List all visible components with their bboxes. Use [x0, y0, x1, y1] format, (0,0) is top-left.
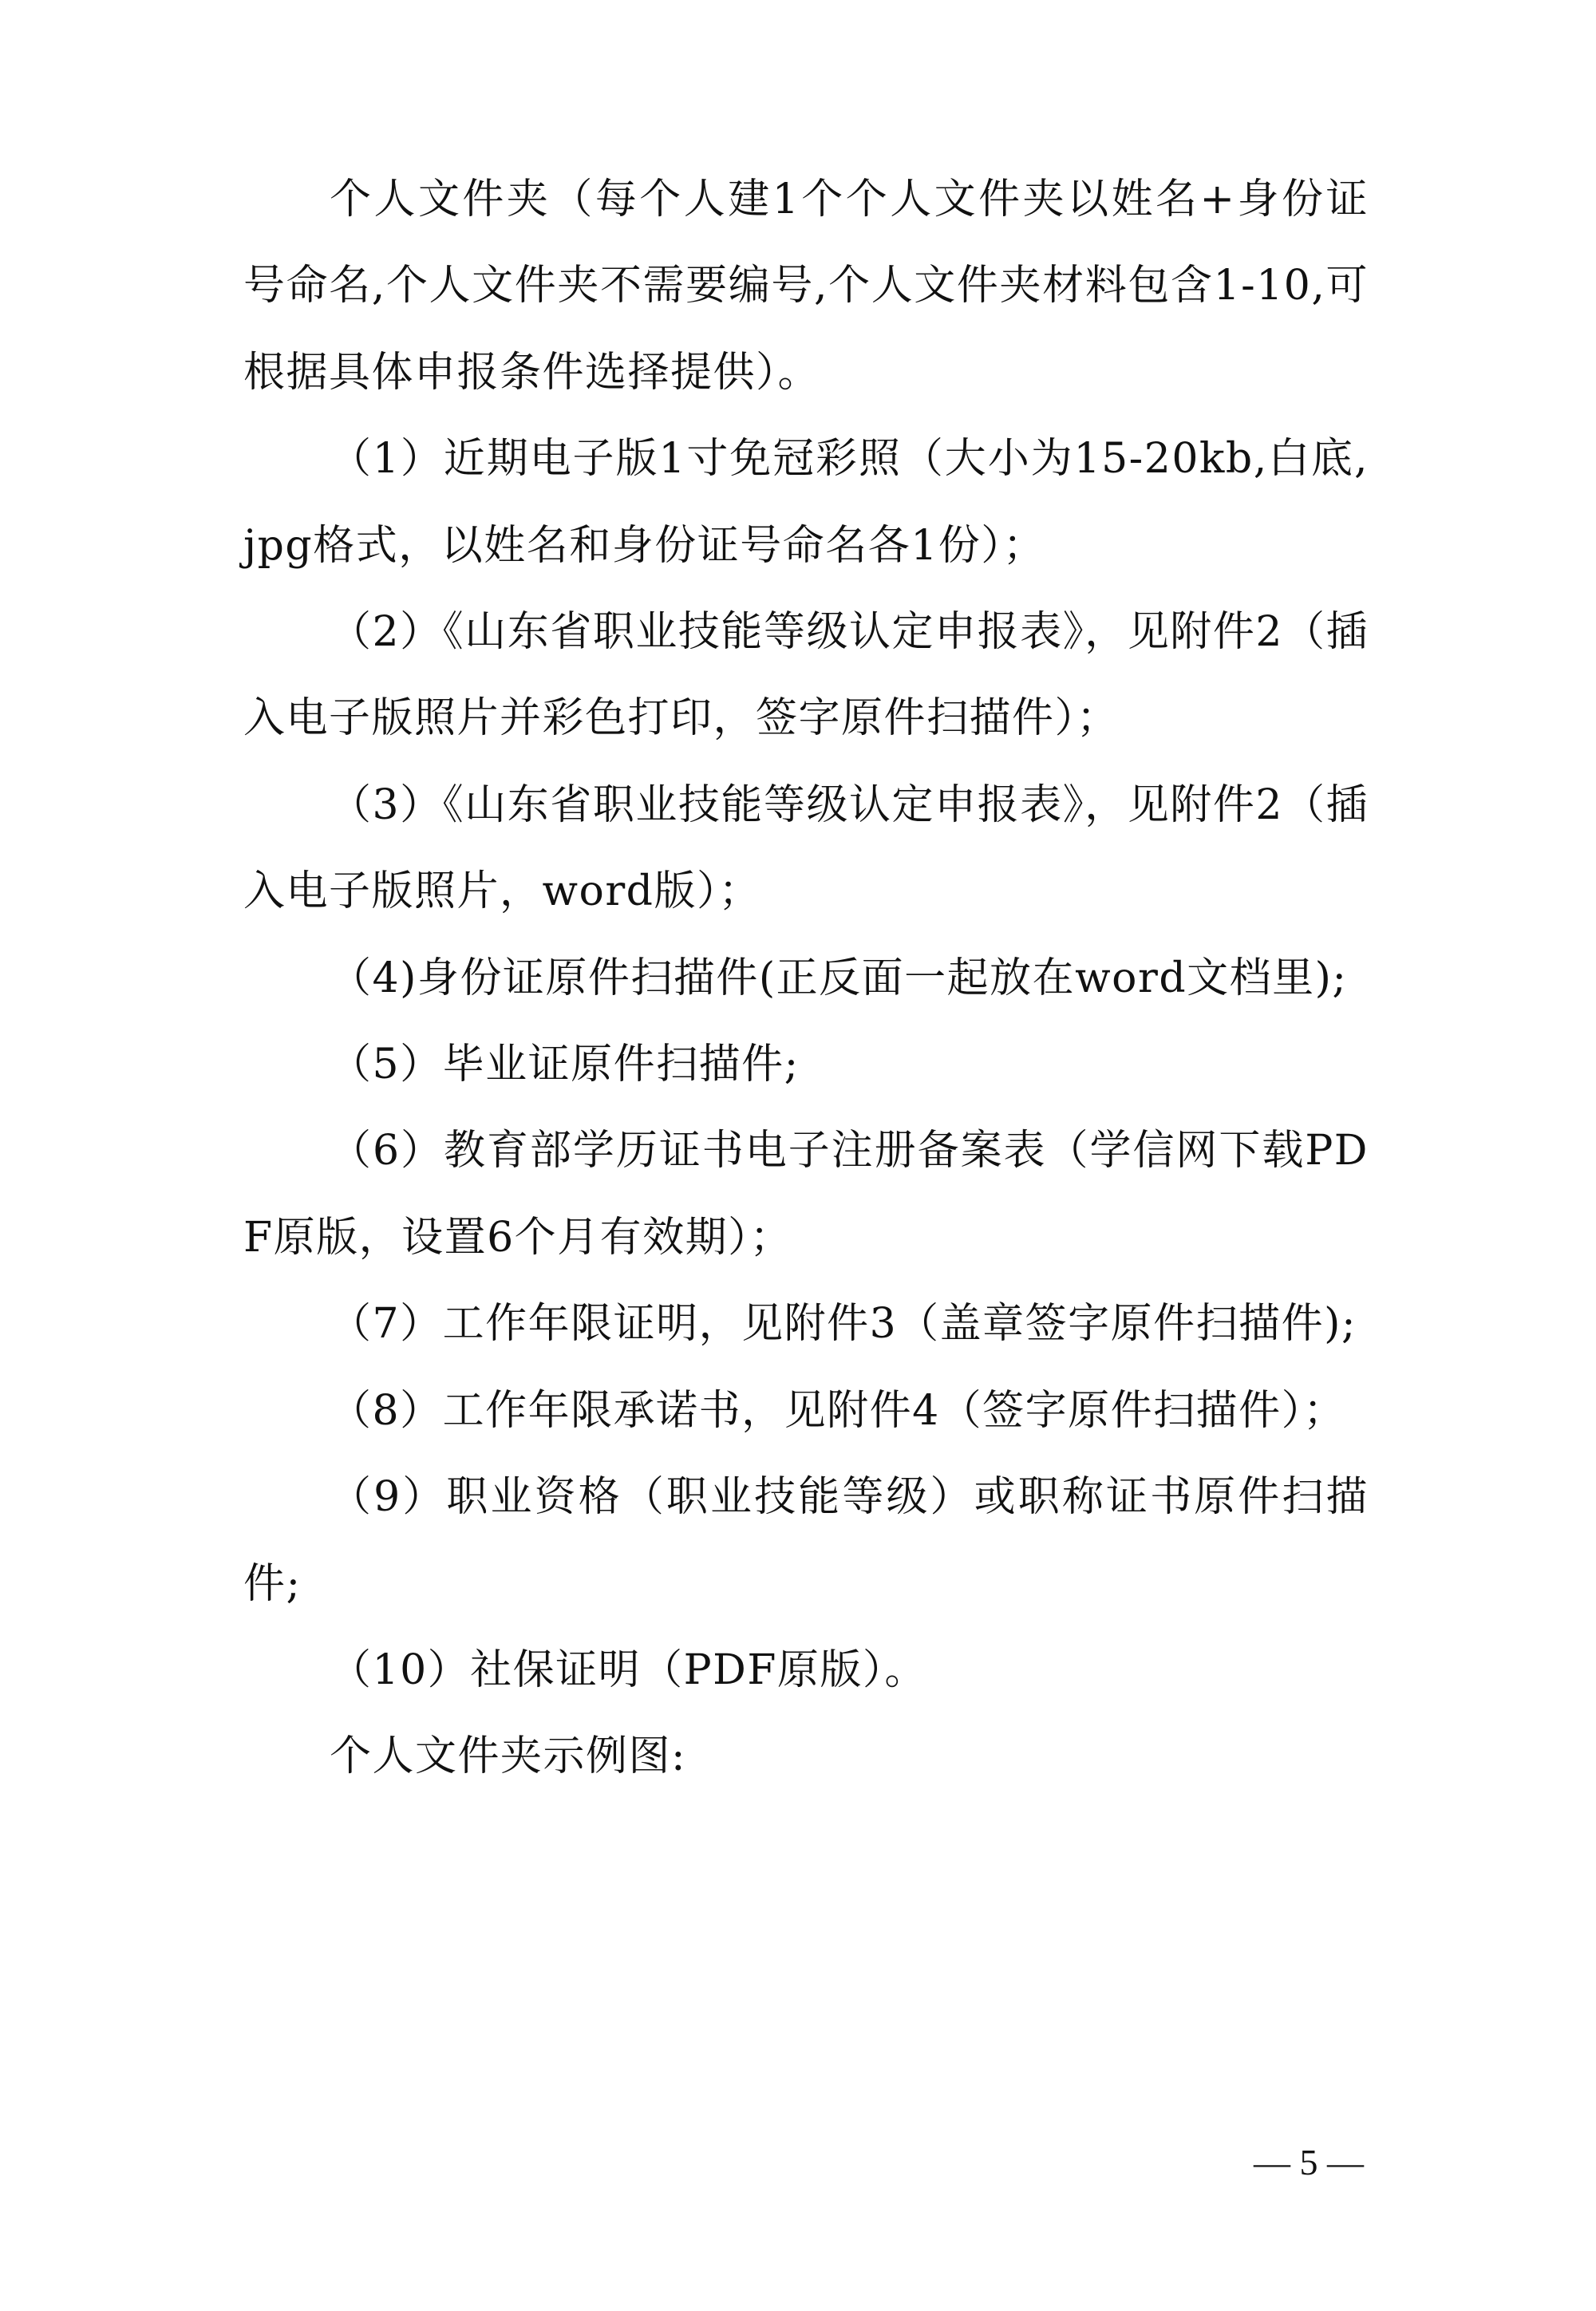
list-item: （6）教育部学历证书电子注册备案表（学信网下载PDF原版，设置6个月有效期）； [243, 1108, 1369, 1281]
list-item: （9）职业资格（职业技能等级）或职称证书原件扫描件; [243, 1454, 1369, 1627]
list-item: （1）近期电子版1寸免冠彩照（大小为15-20kb,白底,jpg格式，以姓名和身… [243, 416, 1369, 589]
list-item: （8）工作年限承诺书，见附件4（签字原件扫描件）； [243, 1368, 1369, 1454]
document-body: 个人文件夹（每个人建1个个人文件夹以姓名+身份证号命名,个人文件夹不需要编号,个… [243, 156, 1369, 1800]
list-item: （5）毕业证原件扫描件; [243, 1021, 1369, 1108]
list-item: （3）《山东省职业技能等级认定申报表》，见附件2（插入电子版照片，word版）； [243, 762, 1369, 935]
list-item: （2）《山东省职业技能等级认定申报表》，见附件2（插入电子版照片并彩色打印，签字… [243, 589, 1369, 762]
intro-paragraph: 个人文件夹（每个人建1个个人文件夹以姓名+身份证号命名,个人文件夹不需要编号,个… [243, 156, 1369, 416]
page-number: — 5 — [1245, 2139, 1373, 2187]
list-item: （4)身份证原件扫描件(正反面一起放在word文档里); [243, 935, 1369, 1021]
list-item: （7）工作年限证明，见附件3（盖章签字原件扫描件); [243, 1281, 1369, 1367]
list-item: （10）社保证明（PDF原版）。 [243, 1627, 1369, 1713]
example-label: 个人文件夹示例图: [243, 1713, 1369, 1799]
